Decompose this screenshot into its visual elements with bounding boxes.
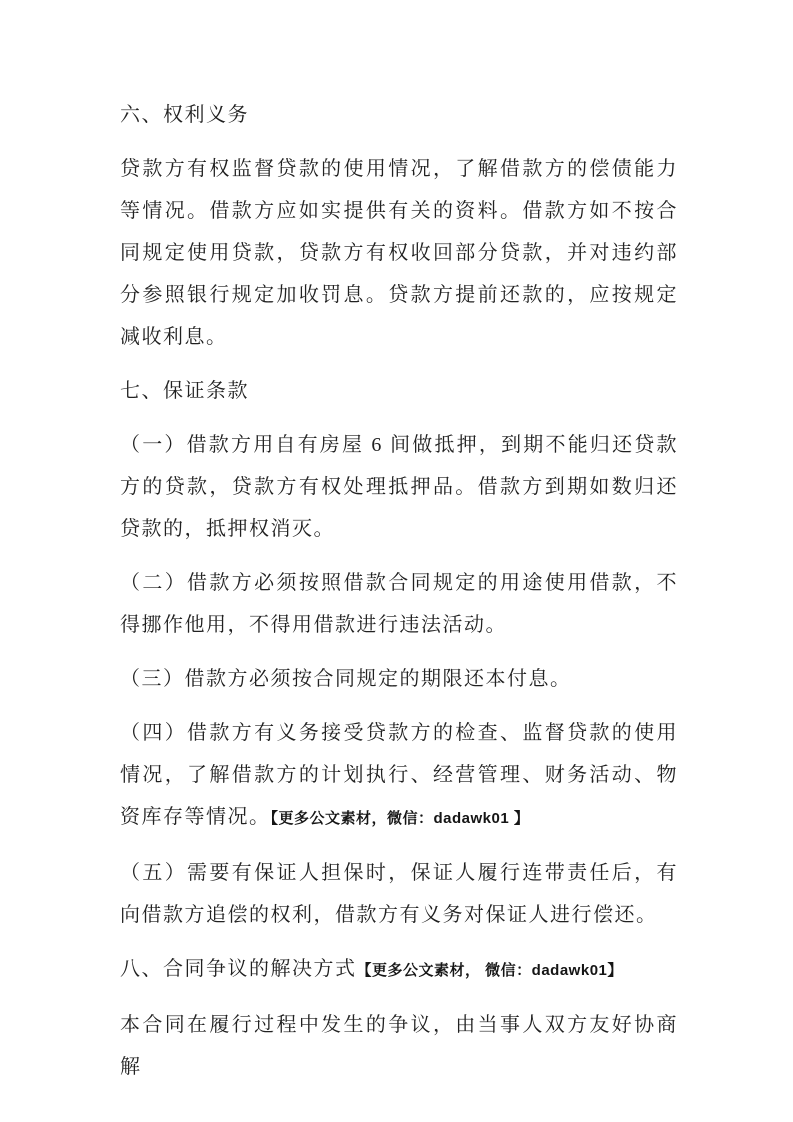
- paragraph-clause-1: （一）借款方用自有房屋 6 间做抵押，到期不能归还贷款方的贷款，贷款方有权处理抵…: [120, 424, 678, 550]
- paragraph-clause-3: （三）借款方必须按合同规定的期限还本付息。: [120, 658, 678, 700]
- watermark-annotation: 【更多公文素材，微信：dadawk01 】: [271, 810, 530, 827]
- section-heading-guarantee-clauses: 七、保证条款: [120, 370, 678, 412]
- paragraph-text: （一）借款方用自有房屋 6 间做抵押，到期不能归还贷款方的贷款，贷款方有权处理抵…: [120, 434, 678, 540]
- paragraph-clause-2: （二）借款方必须按照借款合同规定的用途使用借款，不得挪作他用，不得用借款进行违法…: [120, 562, 678, 646]
- paragraph-text: （二）借款方必须按照借款合同规定的用途使用借款，不得挪作他用，不得用借款进行违法…: [120, 572, 678, 636]
- paragraph-text: （五）需要有保证人担保时，保证人履行连带责任后，有向借款方追偿的权利，借款方有义…: [120, 862, 678, 926]
- paragraph-text: 贷款方有权监督贷款的使用情况，了解借款方的偿债能力等情况。借款方应如实提供有关的…: [120, 158, 678, 348]
- paragraph-text: （三）借款方必须按合同规定的期限还本付息。: [120, 668, 572, 690]
- paragraph-rights-obligations-body: 贷款方有权监督贷款的使用情况，了解借款方的偿债能力等情况。借款方应如实提供有关的…: [120, 148, 678, 358]
- paragraph-text: 本合同在履行过程中发生的争议，由当事人双方友好协商解: [120, 1014, 678, 1078]
- heading-text: 六、权利义务: [120, 104, 249, 126]
- section-heading-rights-obligations: 六、权利义务: [120, 94, 678, 136]
- paragraph-clause-4: （四）借款方有义务接受贷款方的检查、监督贷款的使用情况，了解借款方的计划执行、经…: [120, 712, 678, 840]
- watermark-annotation: 【更多公文素材， 微信：dadawk01】: [357, 962, 623, 979]
- section-heading-dispute-resolution: 八、合同争议的解决方式【更多公文素材， 微信：dadawk01】: [120, 948, 678, 992]
- contract-document-page: 六、权利义务 贷款方有权监督贷款的使用情况，了解借款方的偿债能力等情况。借款方应…: [0, 0, 793, 1122]
- paragraph-clause-5: （五）需要有保证人担保时，保证人履行连带责任后，有向借款方追偿的权利，借款方有义…: [120, 852, 678, 936]
- paragraph-dispute-resolution-body: 本合同在履行过程中发生的争议，由当事人双方友好协商解: [120, 1004, 678, 1088]
- heading-text: 七、保证条款: [120, 380, 249, 402]
- heading-text: 八、合同争议的解决方式: [120, 958, 357, 980]
